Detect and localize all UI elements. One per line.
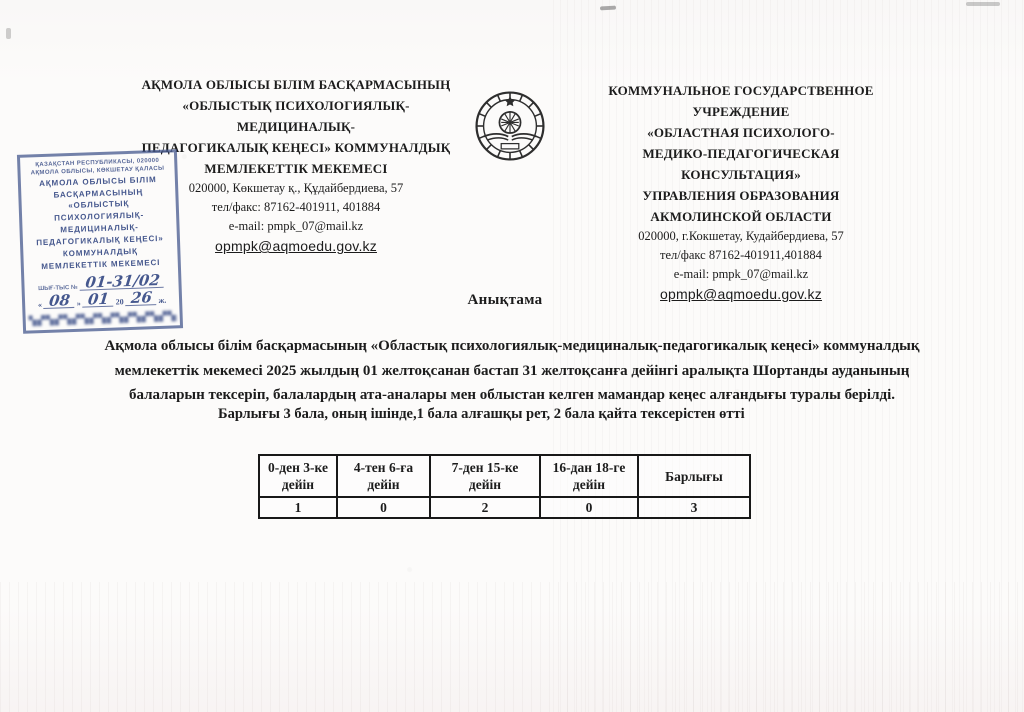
org-name-line: «ОБЛЫСТЫҚ ПСИХОЛОГИЯЛЫҚ- [118,95,474,116]
kazakhstan-emblem-icon [466,82,554,170]
table-header-cell: 4-тен 6-ға дейін [337,455,430,497]
scan-smudge [6,28,11,39]
stamp-illegible-row: ▚▞▚▞▚▞▚▞▚▞▚▞▚▞▚▞▚▞ [29,310,177,326]
table-value-cell: 2 [430,497,540,518]
org-name-line: АКМОЛИНСКОЙ ОБЛАСТИ [566,206,916,227]
document-summary: Барлығы 3 бала, оның ішінде,1 бала алғаш… [218,406,745,423]
scan-smudge [600,6,616,11]
table-header-row: 0-ден 3-ке дейін 4-тен 6-ға дейін 7-ден … [259,455,750,497]
scanned-document-page: АҚМОЛА ОБЛЫСЫ БІЛІМ БАСҚАРМАСЫНЫҢ «ОБЛЫС… [0,0,1024,712]
table-value-cell: 3 [638,497,750,518]
age-distribution-table: 0-ден 3-ке дейін 4-тен 6-ға дейін 7-ден … [258,454,751,519]
scan-smudge [966,2,1000,6]
phone-line: тел/факс 87162-401911,401884 [566,246,916,265]
table-value-cell: 0 [337,497,430,518]
email-line: e-mail: pmpk_07@mail.kz [566,265,916,284]
table-header-cell: 7-ден 15-ке дейін [430,455,540,497]
org-name-line: МЕДИКО-ПЕДАГОГИЧЕСКАЯ [566,143,916,164]
org-name-line: КОНСУЛЬТАЦИЯ» [566,164,916,185]
document-paragraph: Ақмола облысы білім басқармасының «Облас… [104,334,920,408]
org-name-line: МЕДИЦИНАЛЫҚ- [118,116,474,137]
table-header-cell: Барлығы [638,455,750,497]
table-value-row: 1 0 2 0 3 [259,497,750,518]
org-name-line: УПРАВЛЕНИЯ ОБРАЗОВАНИЯ [566,185,916,206]
table-header-cell: 16-дан 18-ге дейін [540,455,638,497]
table-header-cell: 0-ден 3-ке дейін [259,455,337,497]
org-name-line: АҚМОЛА ОБЛЫСЫ БІЛІМ БАСҚАРМАСЫНЫҢ [118,74,474,95]
table-value-cell: 1 [259,497,337,518]
table-value-cell: 0 [540,497,638,518]
org-name-line: КОММУНАЛЬНОЕ ГОСУДАРСТВЕННОЕ УЧРЕЖДЕНИЕ [566,80,916,122]
address-line: 020000, г.Кокшетау, Кудайбердиева, 57 [566,227,916,246]
scan-streaks-bottom [0,582,1024,712]
letterhead-russian: КОММУНАЛЬНОЕ ГОСУДАРСТВЕННОЕ УЧРЕЖДЕНИЕ … [566,80,916,305]
document-title: Анықтама [0,292,1010,309]
org-name-line: «ОБЛАСТНАЯ ПСИХОЛОГО- [566,122,916,143]
